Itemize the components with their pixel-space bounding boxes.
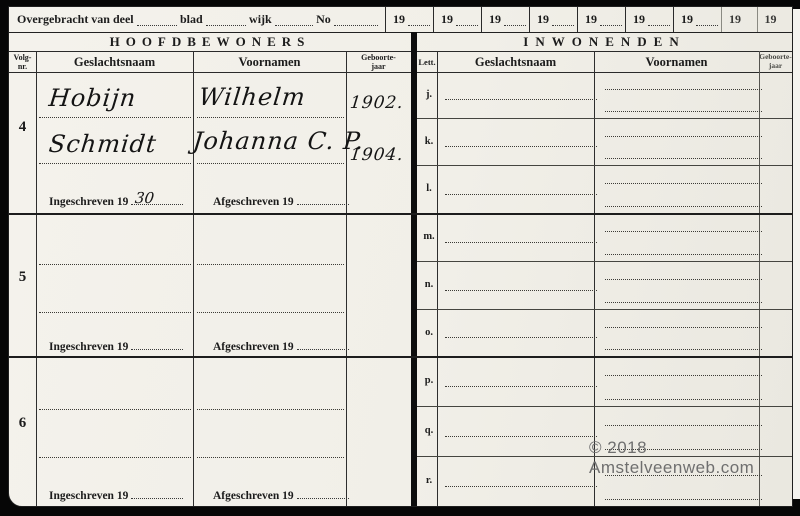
column-header-row: Volg- nr. Geslachtsnaam Voornamen Geboor… bbox=[9, 51, 792, 73]
afgeschreven-label: Afgeschreven 19 bbox=[213, 193, 352, 208]
col-header-voornamen-right: Voornamen bbox=[594, 52, 759, 72]
writing-line bbox=[39, 116, 191, 118]
year-label: 19 bbox=[765, 12, 777, 27]
writing-line bbox=[197, 162, 344, 164]
dotted-leader bbox=[131, 338, 183, 350]
letter-label: n. bbox=[419, 279, 439, 290]
overgebracht-field: Overgebracht van deel blad wijk No bbox=[9, 7, 385, 32]
writing-line bbox=[39, 311, 191, 313]
year-cell: 19 bbox=[625, 7, 673, 32]
col-header-geboortejaar-line1: Geboorte- bbox=[361, 53, 396, 62]
col-header-geboortejaar-line2: jaar bbox=[769, 62, 782, 71]
writing-line bbox=[605, 398, 762, 400]
col-header-volgnr-line2: nr. bbox=[18, 62, 27, 71]
year-label: 19 bbox=[441, 12, 453, 27]
col-header-geslachtsnaam-right: Geslachtsnaam bbox=[437, 52, 594, 72]
writing-line bbox=[39, 456, 191, 458]
blad-label: blad bbox=[180, 12, 203, 27]
writing-line bbox=[605, 157, 762, 159]
year-cell: 19 bbox=[385, 7, 433, 32]
writing-line bbox=[197, 263, 344, 265]
col-header-geslachtsnaam-left: Geslachtsnaam bbox=[36, 52, 193, 72]
handwritten-year: 30 bbox=[134, 189, 155, 207]
year-cell: 19 bbox=[577, 7, 625, 32]
inwonenden-row: k. bbox=[417, 118, 792, 165]
handwritten-birthyear: 1904. bbox=[349, 145, 405, 165]
dotted-leader bbox=[408, 14, 430, 26]
writing-line bbox=[605, 253, 762, 255]
writing-line bbox=[605, 348, 762, 350]
writing-line bbox=[445, 193, 597, 195]
letter-label: m. bbox=[419, 231, 439, 242]
hoofdbewoners-title: HOOFDBEWONERS bbox=[9, 32, 411, 51]
no-label: No bbox=[316, 12, 331, 27]
letter-label: p. bbox=[419, 375, 439, 386]
writing-line bbox=[197, 311, 344, 313]
letter-label: o. bbox=[419, 327, 439, 338]
gridline-vertical bbox=[346, 51, 347, 506]
dotted-leader bbox=[275, 14, 313, 26]
writing-line bbox=[445, 385, 597, 387]
letter-label: q. bbox=[419, 425, 439, 436]
dotted-leader bbox=[297, 193, 349, 205]
year-label: 19 bbox=[393, 12, 405, 27]
letter-label: l. bbox=[419, 183, 439, 194]
writing-line bbox=[197, 116, 344, 118]
transfer-row: Overgebracht van deel blad wijk No 19 19… bbox=[9, 7, 792, 33]
dotted-leader bbox=[648, 14, 670, 26]
volgnummer: 6 bbox=[9, 415, 36, 432]
letter-label: r. bbox=[419, 475, 439, 486]
dotted-leader bbox=[600, 14, 622, 26]
year-label: 19 bbox=[489, 12, 501, 27]
dotted-leader bbox=[131, 487, 183, 499]
writing-line bbox=[605, 278, 762, 280]
ingeschreven-text: Ingeschreven 19 bbox=[49, 196, 128, 208]
writing-line bbox=[197, 408, 344, 410]
year-label: 19 bbox=[585, 12, 597, 27]
writing-line bbox=[445, 241, 597, 243]
writing-line bbox=[445, 485, 597, 487]
dotted-leader bbox=[297, 338, 349, 350]
writing-line bbox=[605, 135, 762, 137]
ingeschreven-label: Ingeschreven 19 bbox=[49, 338, 186, 353]
writing-line bbox=[445, 289, 597, 291]
handwritten-birthyear: 1902. bbox=[349, 93, 405, 113]
afgeschreven-label: Afgeschreven 19 bbox=[213, 487, 352, 502]
ingeschreven-label: Ingeschreven 19 bbox=[49, 487, 186, 502]
gridline-vertical bbox=[36, 51, 37, 506]
dotted-leader bbox=[334, 14, 378, 26]
writing-line bbox=[605, 301, 762, 303]
inwonenden-row: j. bbox=[417, 71, 792, 118]
inwonenden-row: p. bbox=[417, 356, 792, 406]
writing-line bbox=[445, 336, 597, 338]
afgeschreven-text: Afgeschreven 19 bbox=[213, 490, 294, 502]
dotted-leader bbox=[696, 14, 718, 26]
scan-background: Overgebracht van deel blad wijk No 19 19… bbox=[0, 0, 800, 516]
col-header-voornamen-left: Voornamen bbox=[193, 52, 346, 72]
writing-line bbox=[605, 498, 762, 500]
year-label: 19 bbox=[537, 12, 549, 27]
handwritten-surname: Hobijn bbox=[48, 84, 138, 112]
year-cell: 19 bbox=[433, 7, 481, 32]
col-header-lett: Lett. bbox=[417, 52, 437, 72]
col-header-volgnr: Volg- nr. bbox=[9, 52, 36, 72]
writing-line bbox=[39, 162, 191, 164]
col-header-geboortejaar-right: Geboorte- jaar bbox=[759, 52, 792, 72]
letter-label: k. bbox=[419, 136, 439, 147]
writing-line bbox=[445, 435, 597, 437]
inwonenden-row: l. bbox=[417, 165, 792, 213]
col-header-geboortejaar-line2: jaar bbox=[371, 62, 385, 71]
writing-line bbox=[445, 98, 597, 100]
afgeschreven-text: Afgeschreven 19 bbox=[213, 341, 294, 353]
year-cell: 19 bbox=[673, 7, 721, 32]
ingeschreven-text: Ingeschreven 19 bbox=[49, 341, 128, 353]
writing-line bbox=[605, 424, 762, 426]
handwritten-surname: Schmidt bbox=[48, 130, 159, 158]
handwritten-firstname: Johanna C. P. bbox=[192, 127, 366, 155]
writing-line bbox=[605, 205, 762, 207]
dotted-leader bbox=[137, 14, 177, 26]
inwonenden-title: INWONENDEN bbox=[417, 32, 792, 51]
writing-line bbox=[605, 230, 762, 232]
volgnummer: 4 bbox=[9, 119, 36, 136]
inwonenden-row: n. bbox=[417, 261, 792, 309]
overgebracht-label: Overgebracht van deel bbox=[17, 12, 134, 27]
dotted-leader bbox=[297, 487, 349, 499]
writing-line bbox=[197, 456, 344, 458]
inwonenden-row: o. bbox=[417, 309, 792, 356]
year-label: 19 bbox=[633, 12, 645, 27]
watermark: © 2018 Amstelveenweb.com bbox=[589, 438, 792, 478]
population-register-card: Overgebracht van deel blad wijk No 19 19… bbox=[8, 6, 793, 507]
writing-line bbox=[39, 408, 191, 410]
wijk-label: wijk bbox=[249, 12, 272, 27]
writing-line bbox=[605, 182, 762, 184]
volgnummer: 5 bbox=[9, 269, 36, 286]
handwritten-firstname: Wilhelm bbox=[198, 83, 308, 111]
dotted-leader bbox=[456, 14, 478, 26]
writing-line bbox=[605, 110, 762, 112]
inwonenden-row: m. bbox=[417, 213, 792, 261]
gridline-vertical bbox=[193, 51, 194, 506]
writing-line bbox=[605, 326, 762, 328]
col-header-geboortejaar-left: Geboorte- jaar bbox=[346, 52, 411, 72]
year-label: 19 bbox=[729, 12, 741, 27]
writing-line bbox=[605, 374, 762, 376]
writing-line bbox=[445, 145, 597, 147]
year-cell: 19 bbox=[481, 7, 529, 32]
dotted-leader bbox=[504, 14, 526, 26]
year-cell: 19 bbox=[721, 7, 757, 32]
writing-line bbox=[605, 88, 762, 90]
dotted-leader bbox=[206, 14, 246, 26]
year-cell: 19 bbox=[757, 7, 793, 32]
afgeschreven-label: Afgeschreven 19 bbox=[213, 338, 352, 353]
col-header-volgnr-line1: Volg- bbox=[14, 53, 32, 62]
ingeschreven-text: Ingeschreven 19 bbox=[49, 490, 128, 502]
letter-label: j. bbox=[419, 89, 439, 100]
year-cell: 19 bbox=[529, 7, 577, 32]
year-label: 19 bbox=[681, 12, 693, 27]
writing-line bbox=[39, 263, 191, 265]
dotted-leader bbox=[552, 14, 574, 26]
ingeschreven-label: Ingeschreven 19 bbox=[49, 193, 186, 208]
afgeschreven-text: Afgeschreven 19 bbox=[213, 196, 294, 208]
